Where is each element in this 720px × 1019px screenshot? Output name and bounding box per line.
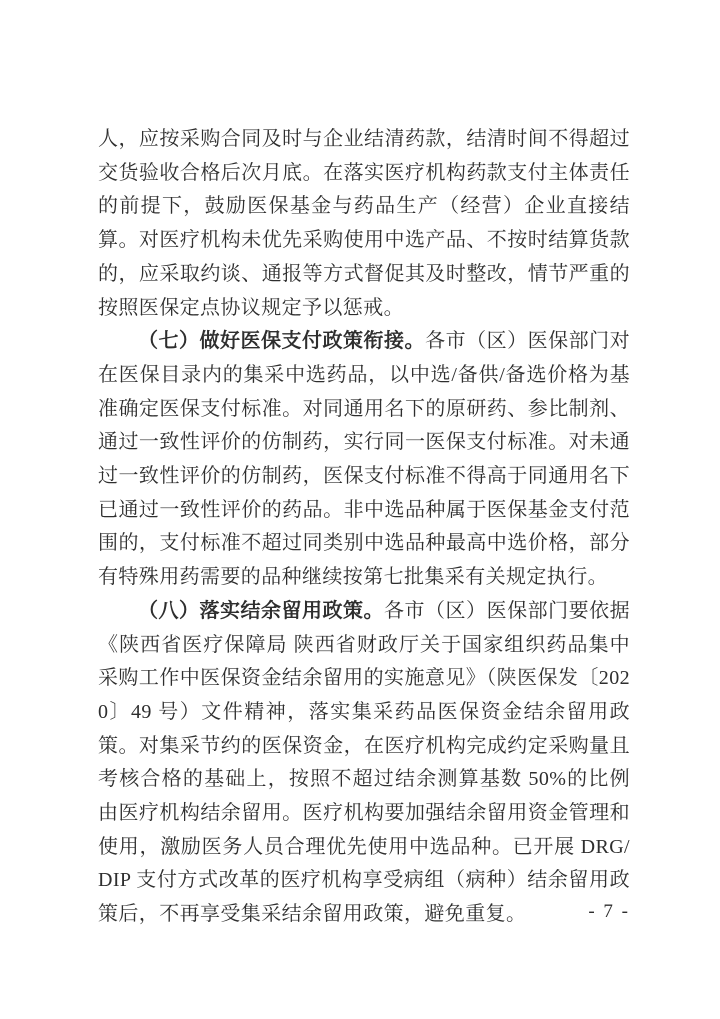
document-page: 人，应按采购合同及时与企业结清药款，结清时间不得超过交货验收合格后次月底。在落实… [0, 0, 720, 1019]
paragraph-item-8-text: 各市（区）医保部门要依据《陕西省医疗保障局 陕西省财政厅关于国家组织药品集中采购… [98, 600, 630, 925]
paragraph-item-8: （八）落实结余留用政策。各市（区）医保部门要依据《陕西省医疗保障局 陕西省财政厅… [98, 595, 630, 932]
paragraph-item-8-heading: （八）落实结余留用政策。 [138, 600, 384, 622]
paragraph-item-7-heading: （七）做好医保支付政策衔接。 [138, 330, 425, 352]
page-number: - 7 - [588, 901, 630, 923]
paragraph-item-7: （七）做好医保支付政策衔接。各市（区）医保部门对在医保目录内的集采中选药品，以中… [98, 325, 630, 595]
paragraph-item-7-text: 各市（区）医保部门对在医保目录内的集采中选药品，以中选/备供/备选价格为基准确定… [98, 330, 630, 588]
document-body: 人，应按采购合同及时与企业结清药款，结清时间不得超过交货验收合格后次月底。在落实… [98, 123, 630, 932]
paragraph-continuation: 人，应按采购合同及时与企业结清药款，结清时间不得超过交货验收合格后次月底。在落实… [98, 123, 630, 325]
